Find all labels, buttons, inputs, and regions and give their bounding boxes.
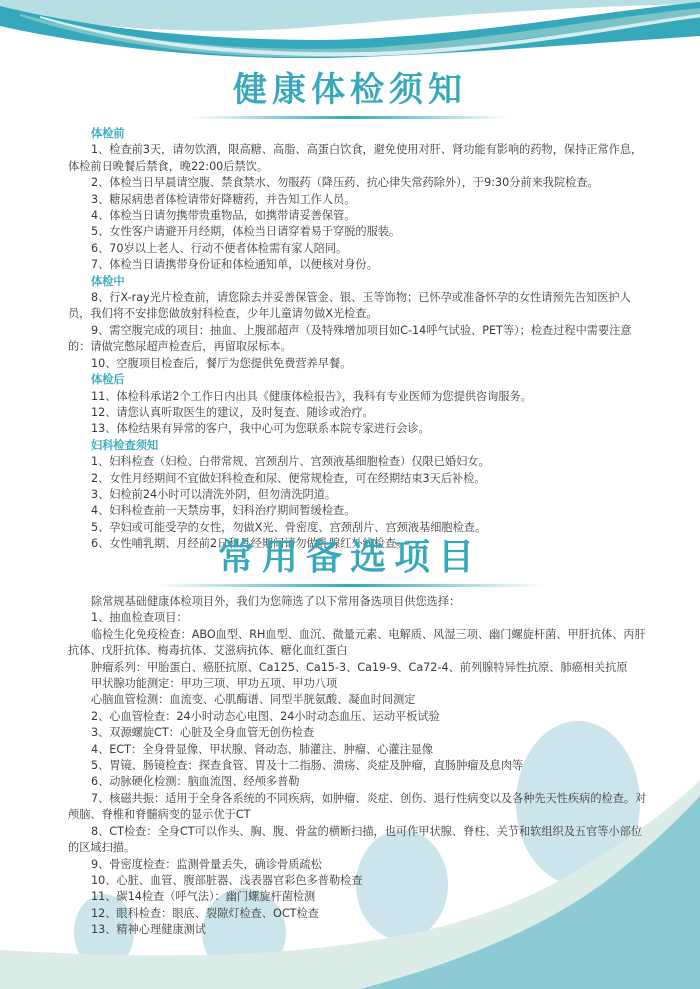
list-item: 肿瘤系列：甲胎蛋白、癌胚抗原、Ca125、Ca15-3、Ca19-9、Ca72-…: [68, 660, 652, 676]
list-item: 3、双源螺旋CT：心脏及全身血管无创伤检查: [68, 725, 652, 741]
list-item: 心脑血管检测：血流变、心肌酶谱、同型半胱氨酸、凝血时间测定: [68, 692, 652, 708]
list-item: 13、体检结果有异常的客户，我中心可为您联系本院专家进行会诊。: [68, 421, 652, 437]
group-heading-gynecology: 妇科检查须知: [68, 438, 652, 454]
list-item: 1、妇科检查（妇检、白带常规、宫颈刮片、宫颈液基细胞检查）仅限已婚妇女。: [68, 454, 652, 470]
group-heading-after: 体检后: [68, 372, 652, 388]
list-item: 8、CT检查：全身CT可以作头、胸、腹、骨盆的横断扫描，也可作甲状腺、脊柱、关节…: [68, 824, 652, 857]
list-item: 甲状腺功能测定：甲功三项、甲功五项、甲功八项: [68, 676, 652, 692]
list-item: 4、ECT：全身骨显像、甲状腺、肾动态、肺灌注、肿瘤、心灌注显像: [68, 742, 652, 758]
section2-header: 常用备选项目: [0, 538, 700, 587]
list-item: 9、骨密度检查：监测骨量丢失，确诊骨质疏松: [68, 857, 652, 873]
group-heading-before: 体检前: [68, 126, 652, 142]
list-item: 9、需空腹完成的项目：抽血、上腹部超声（及特殊增加项目如C-14呼气试验、PET…: [68, 323, 652, 356]
list-item: 13、精神心理健康测试: [68, 922, 652, 938]
section1-body: 体检前 1、检查前3天，请勿饮酒，限高糖、高脂、高蛋白饮食，避免使用对肝、肾功能…: [68, 126, 652, 553]
group-heading-during: 体检中: [68, 274, 652, 290]
section1-header: 健康体检须知: [0, 70, 700, 119]
list-item: 8、行X-ray光片检查前，请您除去并妥善保管金、银、玉等饰物；已怀孕或准备怀孕…: [68, 290, 652, 323]
list-item: 12、请您认真听取医生的建议，及时复查、随诊或治疗。: [68, 405, 652, 421]
list-item: 12、眼科检查：眼底、裂隙灯检查、OCT检查: [68, 906, 652, 922]
list-item: 10、心脏、血管、腹部脏器、浅表器官彩色多普勒检查: [68, 873, 652, 889]
section2-intro: 除常规基础健康体检项目外，我们为您筛选了以下常用备选项目供您选择：: [68, 594, 652, 610]
list-item: 5、胃镜、肠镜检查：探查食管、胃及十二指肠、溃疡、炎症及肿瘤，直肠肿瘤及息肉等: [68, 758, 652, 774]
list-item: 10、空腹项目检查后，餐厅为您提供免费营养早餐。: [68, 356, 652, 372]
list-item: 2、心血管检查：24小时动态心电图、24小时动态血压、运动平板试验: [68, 709, 652, 725]
health-checkup-flyer: 健康体检须知 体检前 1、检查前3天，请勿饮酒，限高糖、高脂、高蛋白饮食，避免使…: [0, 0, 700, 989]
list-item: 11、体检科承诺2个工作日内出具《健康体检报告》，我科有专业医师为您提供咨询服务…: [68, 389, 652, 405]
title-underline-divider: [190, 116, 510, 119]
list-item: 2、女性月经期间不宜做妇科检查和尿、便常规检查，可在经期结束3天后补检。: [68, 471, 652, 487]
list-item: 6、70岁以上老人、行动不便者体检需有家人陪同。: [68, 241, 652, 257]
list-item: 3、妇检前24小时可以清洗外阴，但勿清洗阴道。: [68, 487, 652, 503]
list-item: 7、体检当日请携带身份证和体检通知单，以便核对身份。: [68, 257, 652, 273]
list-item: 7、核磁共振：适用于全身各系统的不同疾病，如肿瘤、炎症、创伤、退行性病变以及各种…: [68, 791, 652, 824]
list-item: 4、妇科检查前一天禁房事，妇科治疗期间暂缓检查。: [68, 503, 652, 519]
list-item: 3、糖尿病患者体检请带好降糖药，并告知工作人员。: [68, 192, 652, 208]
list-item: 6、动脉硬化检测：脑血流图、经颅多普勒: [68, 774, 652, 790]
list-item: 4、体检当日请勿携带贵重物品，如携带请妥善保管。: [68, 208, 652, 224]
section2-body: 除常规基础健康体检项目外，我们为您筛选了以下常用备选项目供您选择： 1、抽血检查…: [68, 594, 652, 939]
list-item: 1、检查前3天，请勿饮酒，限高糖、高脂、高蛋白饮食，避免使用对肝、肾功能有影响的…: [68, 142, 652, 175]
list-item: 11、碳14检查（呼气法）：幽门螺旋杆菌检测: [68, 889, 652, 905]
list-item: 5、孕妇或可能受孕的女性，勿做X光、骨密度、宫颈刮片、宫颈液基细胞检查。: [68, 520, 652, 536]
list-item: 5、女性客户请避开月经期，体检当日请穿着易于穿脱的服装。: [68, 224, 652, 240]
title-underline-divider: [155, 584, 545, 587]
list-item: 临检生化免疫检查：ABO血型、RH血型、血沉、微量元素、电解质、风湿三项、幽门螺…: [68, 627, 652, 660]
top-wave-decoration: [0, 0, 700, 58]
list-item: 1、抽血检查项目：: [68, 610, 652, 626]
section2-title: 常用备选项目: [0, 538, 700, 578]
list-item: 2、体检当日早晨请空腹、禁食禁水、勿服药（降压药、抗心律失常药除外），于9:30…: [68, 175, 652, 191]
section1-title: 健康体检须知: [0, 70, 700, 110]
